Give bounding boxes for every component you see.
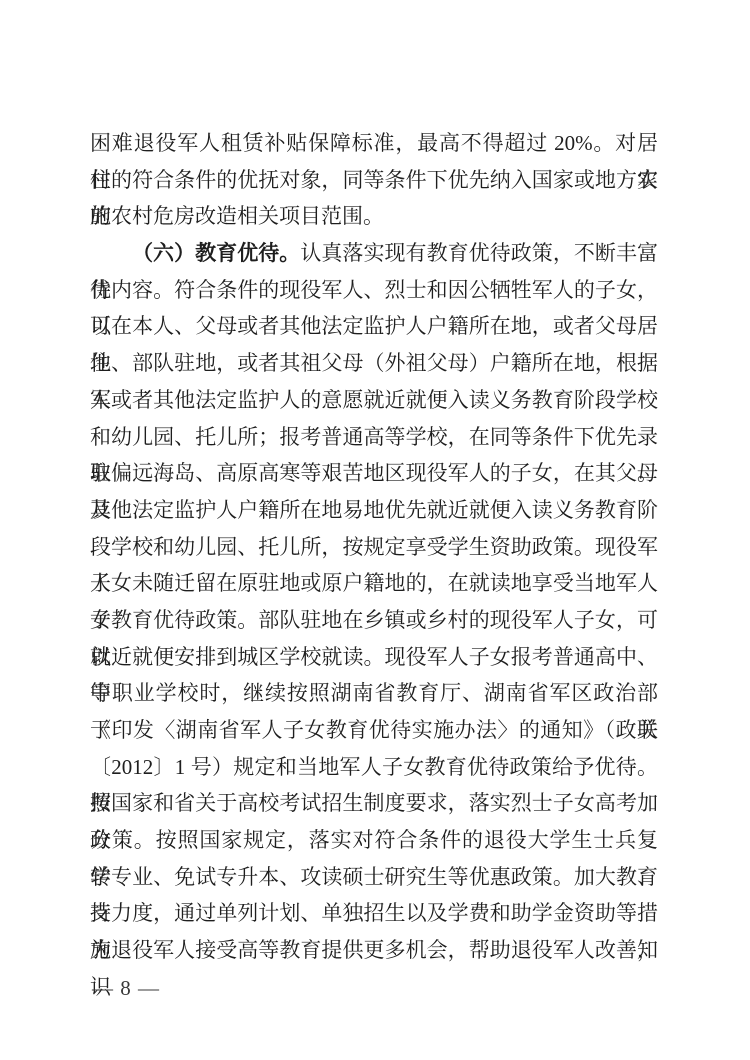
section-heading: 教育优待。 bbox=[195, 241, 300, 265]
text-line: 其他法定监护人户籍所在地易地优先就近就便入读义务教育阶 bbox=[90, 492, 658, 529]
text-line: 转专业、免试专升本、攻读硕士研究生等优惠政策。加大教育支 bbox=[90, 859, 658, 896]
text-line: 困难退役军人租赁补贴保障标准，最高不得超过 20%。对居住农 bbox=[90, 125, 658, 162]
text-line: 的农村危房改造相关项目范围。 bbox=[90, 198, 658, 235]
text-line: 段学校和幼儿园、托儿所，按规定享受学生资助政策。现役军人 bbox=[90, 529, 658, 566]
text-line: 就近就便安排到城区学校就读。现役军人子女报考普通高中、中 bbox=[90, 639, 658, 676]
text-line-section-start: （六）教育优待。认真落实现有教育优待政策，不断丰富优 bbox=[90, 235, 658, 272]
page-number: — 8 — bbox=[92, 970, 160, 1006]
text-line: 〔2012〕1 号）规定和当地军人子女教育优待政策给予优待。按 bbox=[90, 749, 658, 786]
text-line: 待内容。符合条件的现役军人、烈士和因公牺牲军人的子女，可 bbox=[90, 272, 658, 309]
text-line: 和幼儿园、托儿所；报考普通高等学校，在同等条件下优先录取。 bbox=[90, 419, 658, 456]
text-line: 村的符合条件的优抚对象，同等条件下优先纳入国家或地方实施 bbox=[90, 162, 658, 199]
text-line: 女教育优待政策。部队驻地在乡镇或乡村的现役军人子女，可以 bbox=[90, 602, 658, 639]
text-line: 为退役军人接受高等教育提供更多机会，帮助退役军人改善知识 bbox=[90, 932, 658, 969]
text-line: 驻偏远海岛、高原高寒等艰苦地区现役军人的子女，在其父母及 bbox=[90, 455, 658, 492]
text-line: 持力度，通过单列计划、单独招生以及学费和助学金资助等措施， bbox=[90, 895, 658, 932]
document-body: 困难退役军人租赁补贴保障标准，最高不得超过 20%。对居住农 村的符合条件的优抚… bbox=[90, 125, 658, 969]
text-line: 于印发〈湖南省军人子女教育优待实施办法〉的通知》（政联 bbox=[90, 712, 658, 749]
text-line: 地、部队驻地，或者其祖父母（外祖父母）户籍所在地，根据军 bbox=[90, 345, 658, 382]
text-line: 等职业学校时，继续按照湖南省教育厅、湖南省军区政治部《关 bbox=[90, 675, 658, 712]
text-line: 以在本人、父母或者其他法定监护人户籍所在地，或者父母居住 bbox=[90, 308, 658, 345]
text-line: 政策。按照国家规定，落实对符合条件的退役大学生士兵复学、 bbox=[90, 822, 658, 859]
text-line: 照国家和省关于高校考试招生制度要求，落实烈士子女高考加分 bbox=[90, 785, 658, 822]
section-number: （六） bbox=[132, 241, 195, 265]
text-line: 子女未随迁留在原驻地或原户籍地的，在就读地享受当地军人子 bbox=[90, 565, 658, 602]
text-line: 人或者其他法定监护人的意愿就近就便入读义务教育阶段学校 bbox=[90, 382, 658, 419]
document-page: 困难退役军人租赁补贴保障标准，最高不得超过 20%。对居住农 村的符合条件的优抚… bbox=[0, 0, 750, 1060]
